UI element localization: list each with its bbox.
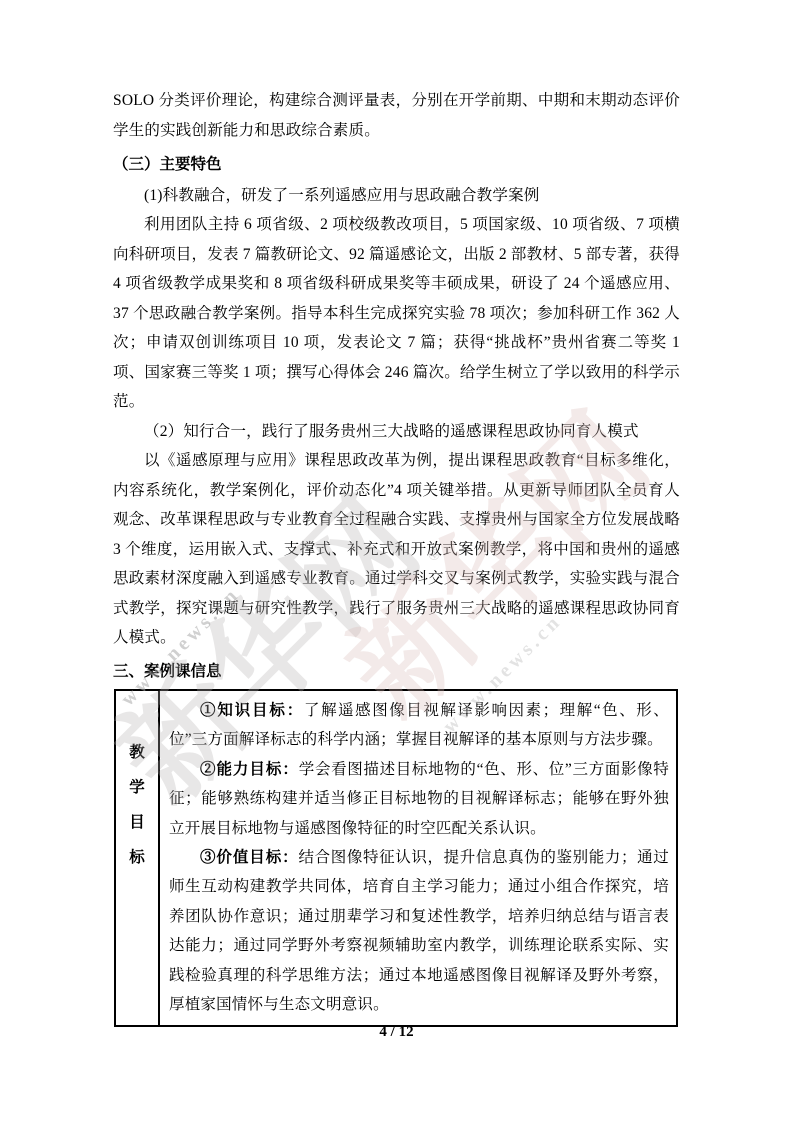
document-page: SOLO 分类评价理论，构建综合测评量表，分别在开学前期、中期和末期动态评价学生… (0, 0, 793, 1122)
page-body: SOLO 分类评价理论，构建综合测评量表，分别在开学前期、中期和末期动态评价学生… (113, 86, 680, 1027)
paragraph-feature-2-detail: 以《遥感原理与应用》课程思政改革为例，提出课程思政教育“目标多维化，内容系统化，… (113, 446, 680, 653)
objective-value-text: 结合图像特征认识，提升信息真伪的鉴别能力；通过师生互动构建教学共同体，培育自主学… (169, 849, 669, 1013)
heading-main-features: （三）主要特色 (113, 150, 680, 180)
table-row-teaching-objectives: 教学目标 ①知识目标：了解遥感图像目视解译影响因素；理解“色、形、位”三方面解译… (115, 690, 677, 1026)
page-number: 4 / 12 (0, 1024, 793, 1041)
objective-ability: ②能力目标：学会看图描述目标地物的“色、形、位”三方面影像特征；能够熟练构建并适… (169, 755, 669, 843)
objective-knowledge-lead: ①知识目标： (200, 702, 304, 719)
heading-case-info: 三、案例课信息 (113, 657, 680, 687)
paragraph-feature-1-title: (1)科教融合，研发了一系列遥感应用与思政融合教学案例 (113, 181, 680, 211)
objective-knowledge: ①知识目标：了解遥感图像目视解译影响因素；理解“色、形、位”三方面解译标志的科学… (169, 696, 669, 755)
objectives-cell: ①知识目标：了解遥感图像目视解译影响因素；理解“色、形、位”三方面解译标志的科学… (159, 690, 677, 1026)
table-row-header-cell: 教学目标 (115, 690, 159, 1026)
objective-ability-lead: ②能力目标： (200, 761, 299, 778)
row-header-vertical-text: 教学目标 (128, 735, 146, 875)
paragraph-feature-2-title: （2）知行合一，践行了服务贵州三大战略的遥感课程思政协同育人模式 (113, 417, 680, 447)
paragraph-feature-1-detail: 利用团队主持 6 项省级、2 项校级教改项目，5 项国家级、10 项省级、7 项… (113, 210, 680, 417)
paragraph-solo-evaluation: SOLO 分类评价理论，构建综合测评量表，分别在开学前期、中期和末期动态评价学生… (113, 86, 680, 145)
objective-value: ③价值目标：结合图像特征认识，提升信息真伪的鉴别能力；通过师生互动构建教学共同体… (169, 843, 669, 1019)
objective-value-lead: ③价值目标： (200, 849, 299, 866)
case-info-table: 教学目标 ①知识目标：了解遥感图像目视解译影响因素；理解“色、形、位”三方面解译… (114, 689, 678, 1027)
